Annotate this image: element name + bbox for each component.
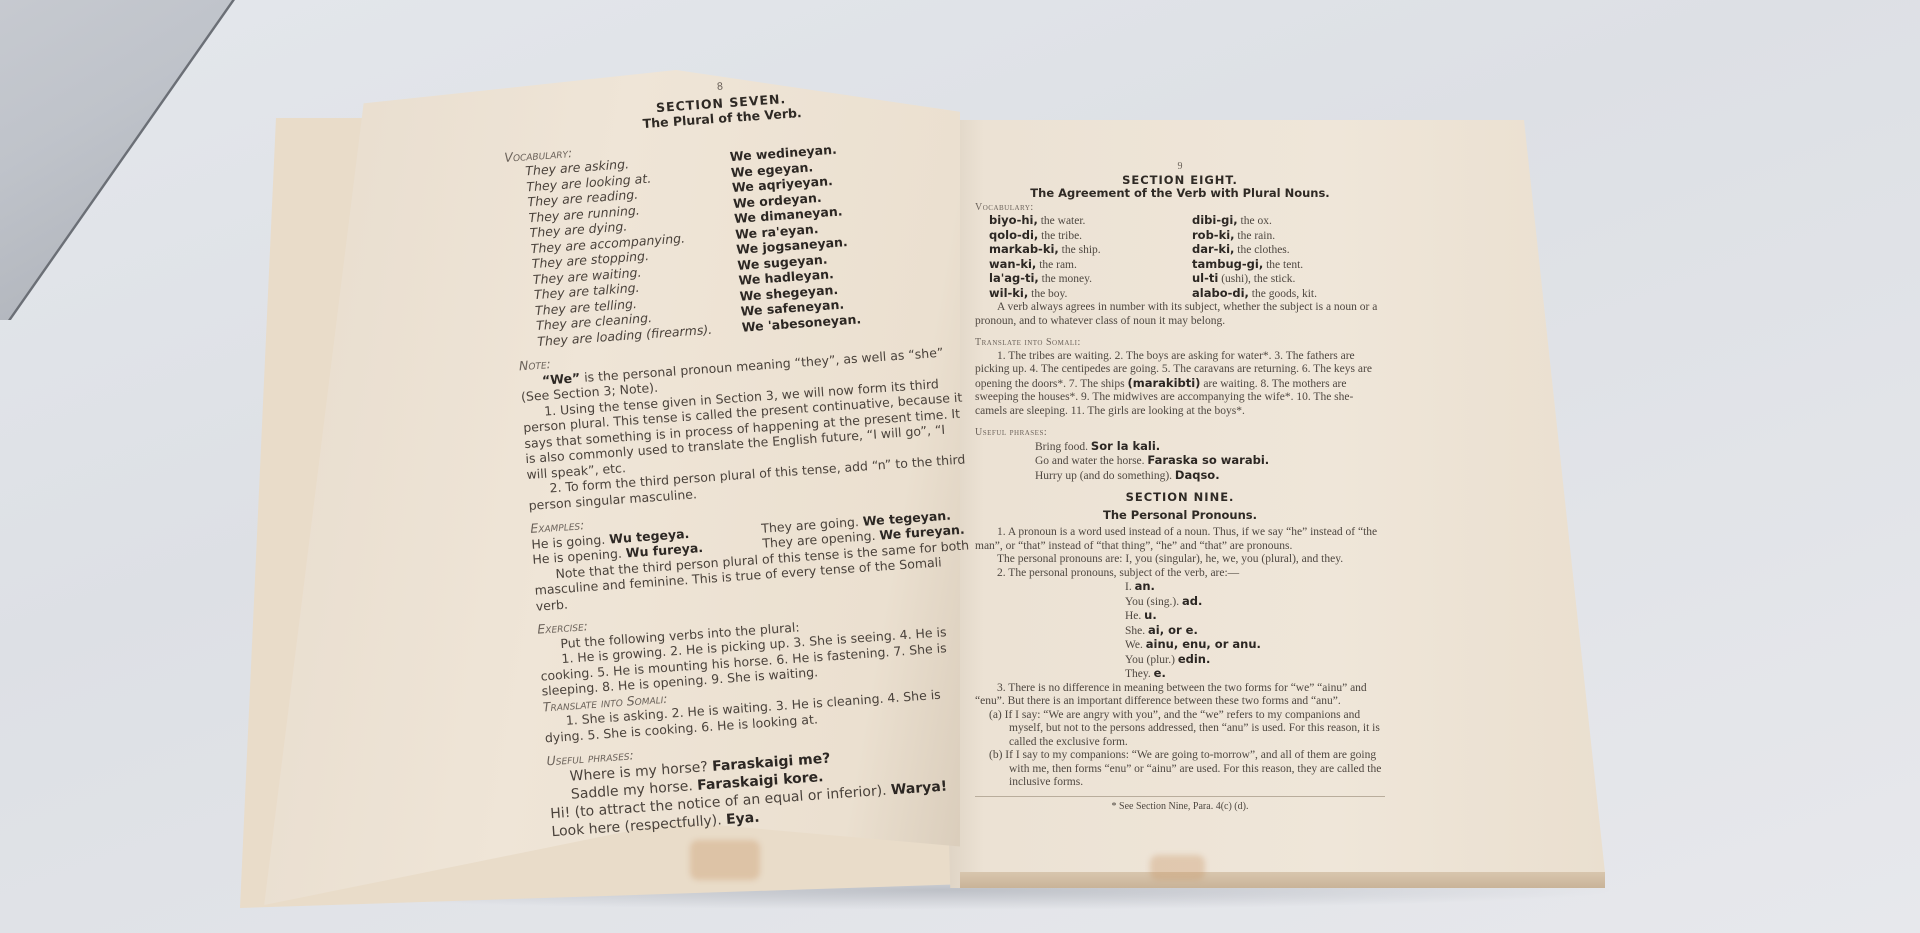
vocab-item: rob-ki, the rain. [1192,229,1385,244]
pronoun-row: I. an. [1125,580,1385,595]
left-page-text: 8 SECTION SEVEN. The Plural of the Verb.… [500,64,991,840]
right-page-text: 9 SECTION EIGHT. The Agreement of the Ve… [975,160,1385,813]
right-page-edge [960,872,1605,888]
vocabulary-label: Vocabulary: [975,201,1385,215]
pronoun-row: You (plur.) edin. [1125,653,1385,668]
pronoun-row: He. u. [1125,609,1385,624]
vocab-item: dibi-gi, the ox. [1192,214,1385,229]
phrase-row: Go and water the horse. Faraska so warab… [975,454,1385,469]
section-title: SECTION EIGHT. [975,174,1385,188]
pronoun-list: I. an. You (sing.). ad. He. u. She. ai, … [975,580,1385,682]
vocab-item: tambug-gi, the tent. [1192,258,1385,273]
pronoun-row: They. e. [1125,667,1385,682]
vocab-item: ul-ti (ushi), the stick. [1192,272,1385,287]
vocab-item: markab-ki, the ship. [989,243,1182,258]
vocabulary-list: They are asking. They are looking at. Th… [505,134,957,350]
pronoun-row: She. ai, or e. [1125,624,1385,639]
translate-label: Translate into Somali: [975,336,1385,350]
footnote: * See Section Nine, Para. 4(c) (d). [975,796,1385,814]
section-subtitle: The Agreement of the Verb with Plural No… [975,187,1385,201]
vocab-item: dar-ki, the clothes. [1192,243,1385,258]
translate-text: 1. The tribes are waiting. 2. The boys a… [975,350,1385,419]
vocab-item: wil-ki, the boy. [989,287,1182,302]
vocab-item: alabo-di, the goods, kit. [1192,287,1385,302]
water-stain-right [1150,855,1205,880]
section-nine-subtitle: The Personal Pronouns. [975,509,1385,523]
vocabulary-list: biyo-hi, the water. qolo-di, the tribe. … [975,214,1385,301]
pronoun-paragraph-1: 1. A pronoun is a word used instead of a… [975,526,1385,553]
pronoun-row: You (sing.). ad. [1125,595,1385,610]
phrase-row: Bring food. Sor la kali. [975,440,1385,455]
vocab-item: biyo-hi, the water. [989,214,1182,229]
page-number: 9 [975,160,1385,174]
pronoun-paragraph-2: 2. The personal pronouns, subject of the… [975,567,1385,581]
agreement-paragraph: A verb always agrees in number with its … [975,301,1385,328]
pronoun-row: We. ainu, enu, or anu. [1125,638,1385,653]
phrase-row: Hurry up (and do something). Daqso. [975,469,1385,484]
vocab-item: qolo-di, the tribe. [989,229,1182,244]
pronoun-paragraph-1b: The personal pronouns are: I, you (singu… [975,553,1385,567]
pronoun-paragraph-3b: (b) If I say to my companions: “We are g… [975,749,1385,790]
vocab-item: la'ag-ti, the money. [989,272,1182,287]
pronoun-paragraph-3: 3. There is no difference in meaning bet… [975,682,1385,709]
vocab-item: wan-ki, the ram. [989,258,1182,273]
phrases-label: Useful phrases: [975,426,1385,440]
background-paper-fold [0,0,263,320]
pronoun-paragraph-3a: (a) If I say: “We are angry with you”, a… [975,709,1385,750]
section-nine-title: SECTION NINE. [975,491,1385,505]
water-stain-left [690,840,760,880]
